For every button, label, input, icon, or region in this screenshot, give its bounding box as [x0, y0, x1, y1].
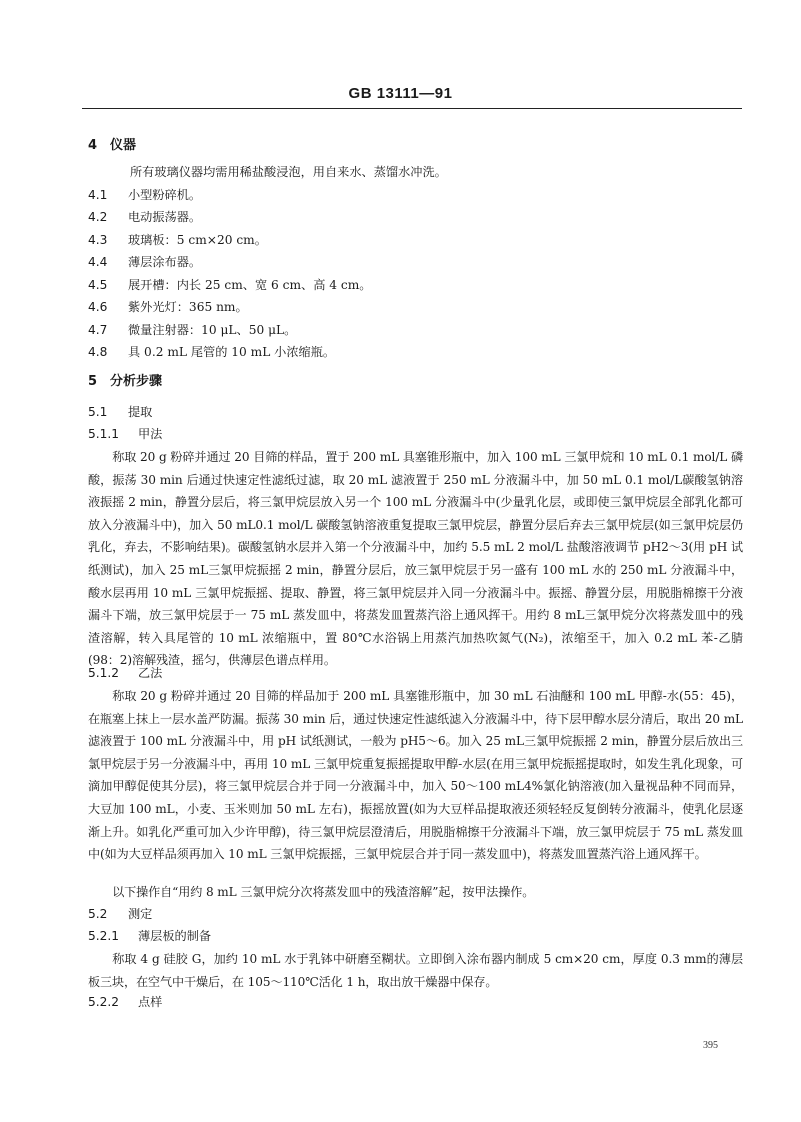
subsection-5-2-heading: 5.2测定	[88, 905, 152, 923]
page-number: 395	[703, 1040, 718, 1051]
section-5-heading: 5分析步骤	[88, 373, 162, 391]
section-title: 仪器	[110, 138, 136, 153]
method-a-paragraph: 称取 20 g 粉碎并通过 20 目筛的样品，置于 200 mL 具塞锥形瓶中，…	[88, 446, 743, 672]
subsection-5-1-heading: 5.1提取	[88, 403, 152, 421]
subsection-5-2-2-heading: 5.2.2点样	[88, 993, 162, 1011]
subsection-5-1-2-heading: 5.1.2乙法	[88, 664, 162, 682]
list-item: 4.4薄层涂布器。	[88, 253, 201, 271]
header-rule	[82, 108, 742, 109]
section-number: 5	[88, 373, 110, 391]
method-b-note: 以下操作自“用约 8 mL 三氯甲烷分次将蒸发皿中的残渣溶解”起，按甲法操作。	[88, 881, 743, 904]
list-item: 4.7微量注射器：10 μL、50 μL。	[88, 321, 296, 339]
section-4-heading: 4仪器	[88, 137, 136, 155]
method-b-paragraph: 称取 20 g 粉碎并通过 20 目筛的样品加于 200 mL 具塞锥形瓶中，加…	[88, 685, 743, 866]
list-item: 4.1小型粉碎机。	[88, 186, 201, 204]
section-4-intro: 所有玻璃仪器均需用稀盐酸浸泡，用自来水、蒸馏水冲洗。	[130, 163, 447, 181]
list-item: 4.2电动振荡器。	[88, 208, 201, 226]
subsection-5-2-1-heading: 5.2.1薄层板的制备	[88, 927, 211, 945]
plate-preparation-paragraph: 称取 4 g 硅胶 G，加约 10 mL 水于乳钵中研磨至糊状。立即倒入涂布器内…	[88, 948, 743, 993]
section-number: 4	[88, 137, 110, 155]
list-item: 4.6紫外光灯：365 nm。	[88, 298, 248, 316]
list-item: 4.8具 0.2 mL 尾管的 10 mL 小浓缩瓶。	[88, 343, 335, 361]
list-item: 4.3玻璃板：5 cm×20 cm。	[88, 231, 267, 249]
subsection-5-1-1-heading: 5.1.1甲法	[88, 425, 162, 443]
section-title: 分析步骤	[110, 374, 162, 389]
list-item: 4.5展开槽：内长 25 cm、宽 6 cm、高 4 cm。	[88, 276, 371, 294]
standard-code: GB 13111—91	[0, 85, 801, 102]
